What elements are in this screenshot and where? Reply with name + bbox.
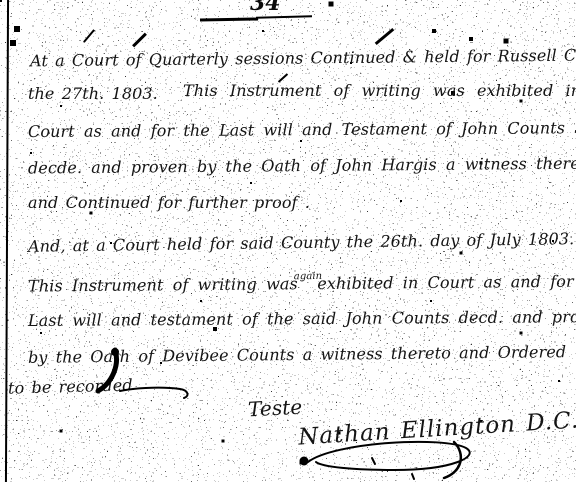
signature-flourish xyxy=(294,440,509,480)
ink-speckles xyxy=(0,0,2,2)
record-line-7-part-a: This Instrument of writing was xyxy=(28,274,298,295)
scanned-document-page: 34 At a Court of Quarterly sessions Cont… xyxy=(0,0,576,482)
record-line-2-date: the 27th. 1803. xyxy=(28,84,158,103)
page-number: 34 xyxy=(250,0,281,16)
record-line-5: and Continued for further proof . xyxy=(28,193,310,212)
record-line-7-part-b: exhibited in Court as and for the xyxy=(317,271,576,293)
trailing-dash-flourish xyxy=(118,382,198,400)
record-line-2: This Instrument of writing was exhibited… xyxy=(183,81,576,100)
interlinear-insertion: again xyxy=(294,271,323,282)
record-line-8: Last will and testament of the said John… xyxy=(28,307,576,330)
record-line-3: Court as and for the Last will and Testa… xyxy=(28,118,576,141)
teste-label: Teste xyxy=(247,395,302,422)
